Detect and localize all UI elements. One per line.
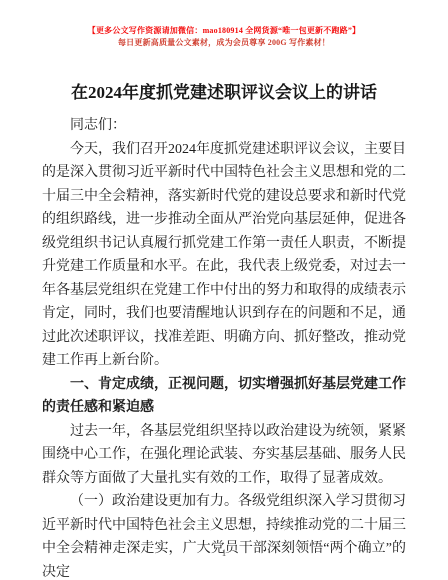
document-title: 在2024年度抓党建述职评议会议上的讲话 [0,82,448,104]
paragraph-political-building: （一）政治建设更加有力。各级党组织深入学习贯彻习近平新时代中国特色社会主义思想，… [42,490,406,580]
watermark-ad-line2: 每日更新高质量公文素材，成为会员尊享 200G 写作素材！ [0,37,448,49]
watermark-ad-line1: 【更多公文写作资源请加微信：mao180914 全网货源“唯一包更新不跑路”】 [0,25,448,37]
paragraph-opening: 今天，我们召开2024年度抓党建述职评议会议，主要目的是深入贯彻习近平新时代中国… [42,138,406,373]
section-heading-1: 一、肯定成绩，正视问题，切实增强抓好基层党建工作的责任感和紧迫感 [42,373,406,420]
page-number: 1 [0,548,448,558]
document-body: 同志们： 今天，我们召开2024年度抓党建述职评议会议，主要目的是深入贯彻习近平… [42,114,406,580]
document-page: 【更多公文写作资源请加微信：mao180914 全网货源“唯一包更新不跑路”】 … [0,0,448,580]
watermark-ad: 【更多公文写作资源请加微信：mao180914 全网货源“唯一包更新不跑路”】 … [0,0,448,49]
salutation: 同志们： [42,114,406,138]
paragraph-achievements: 过去一年，各基层党组织坚持以政治建设为统领，紧紧围绕中心工作，在强化理论武装、夯… [42,420,406,491]
